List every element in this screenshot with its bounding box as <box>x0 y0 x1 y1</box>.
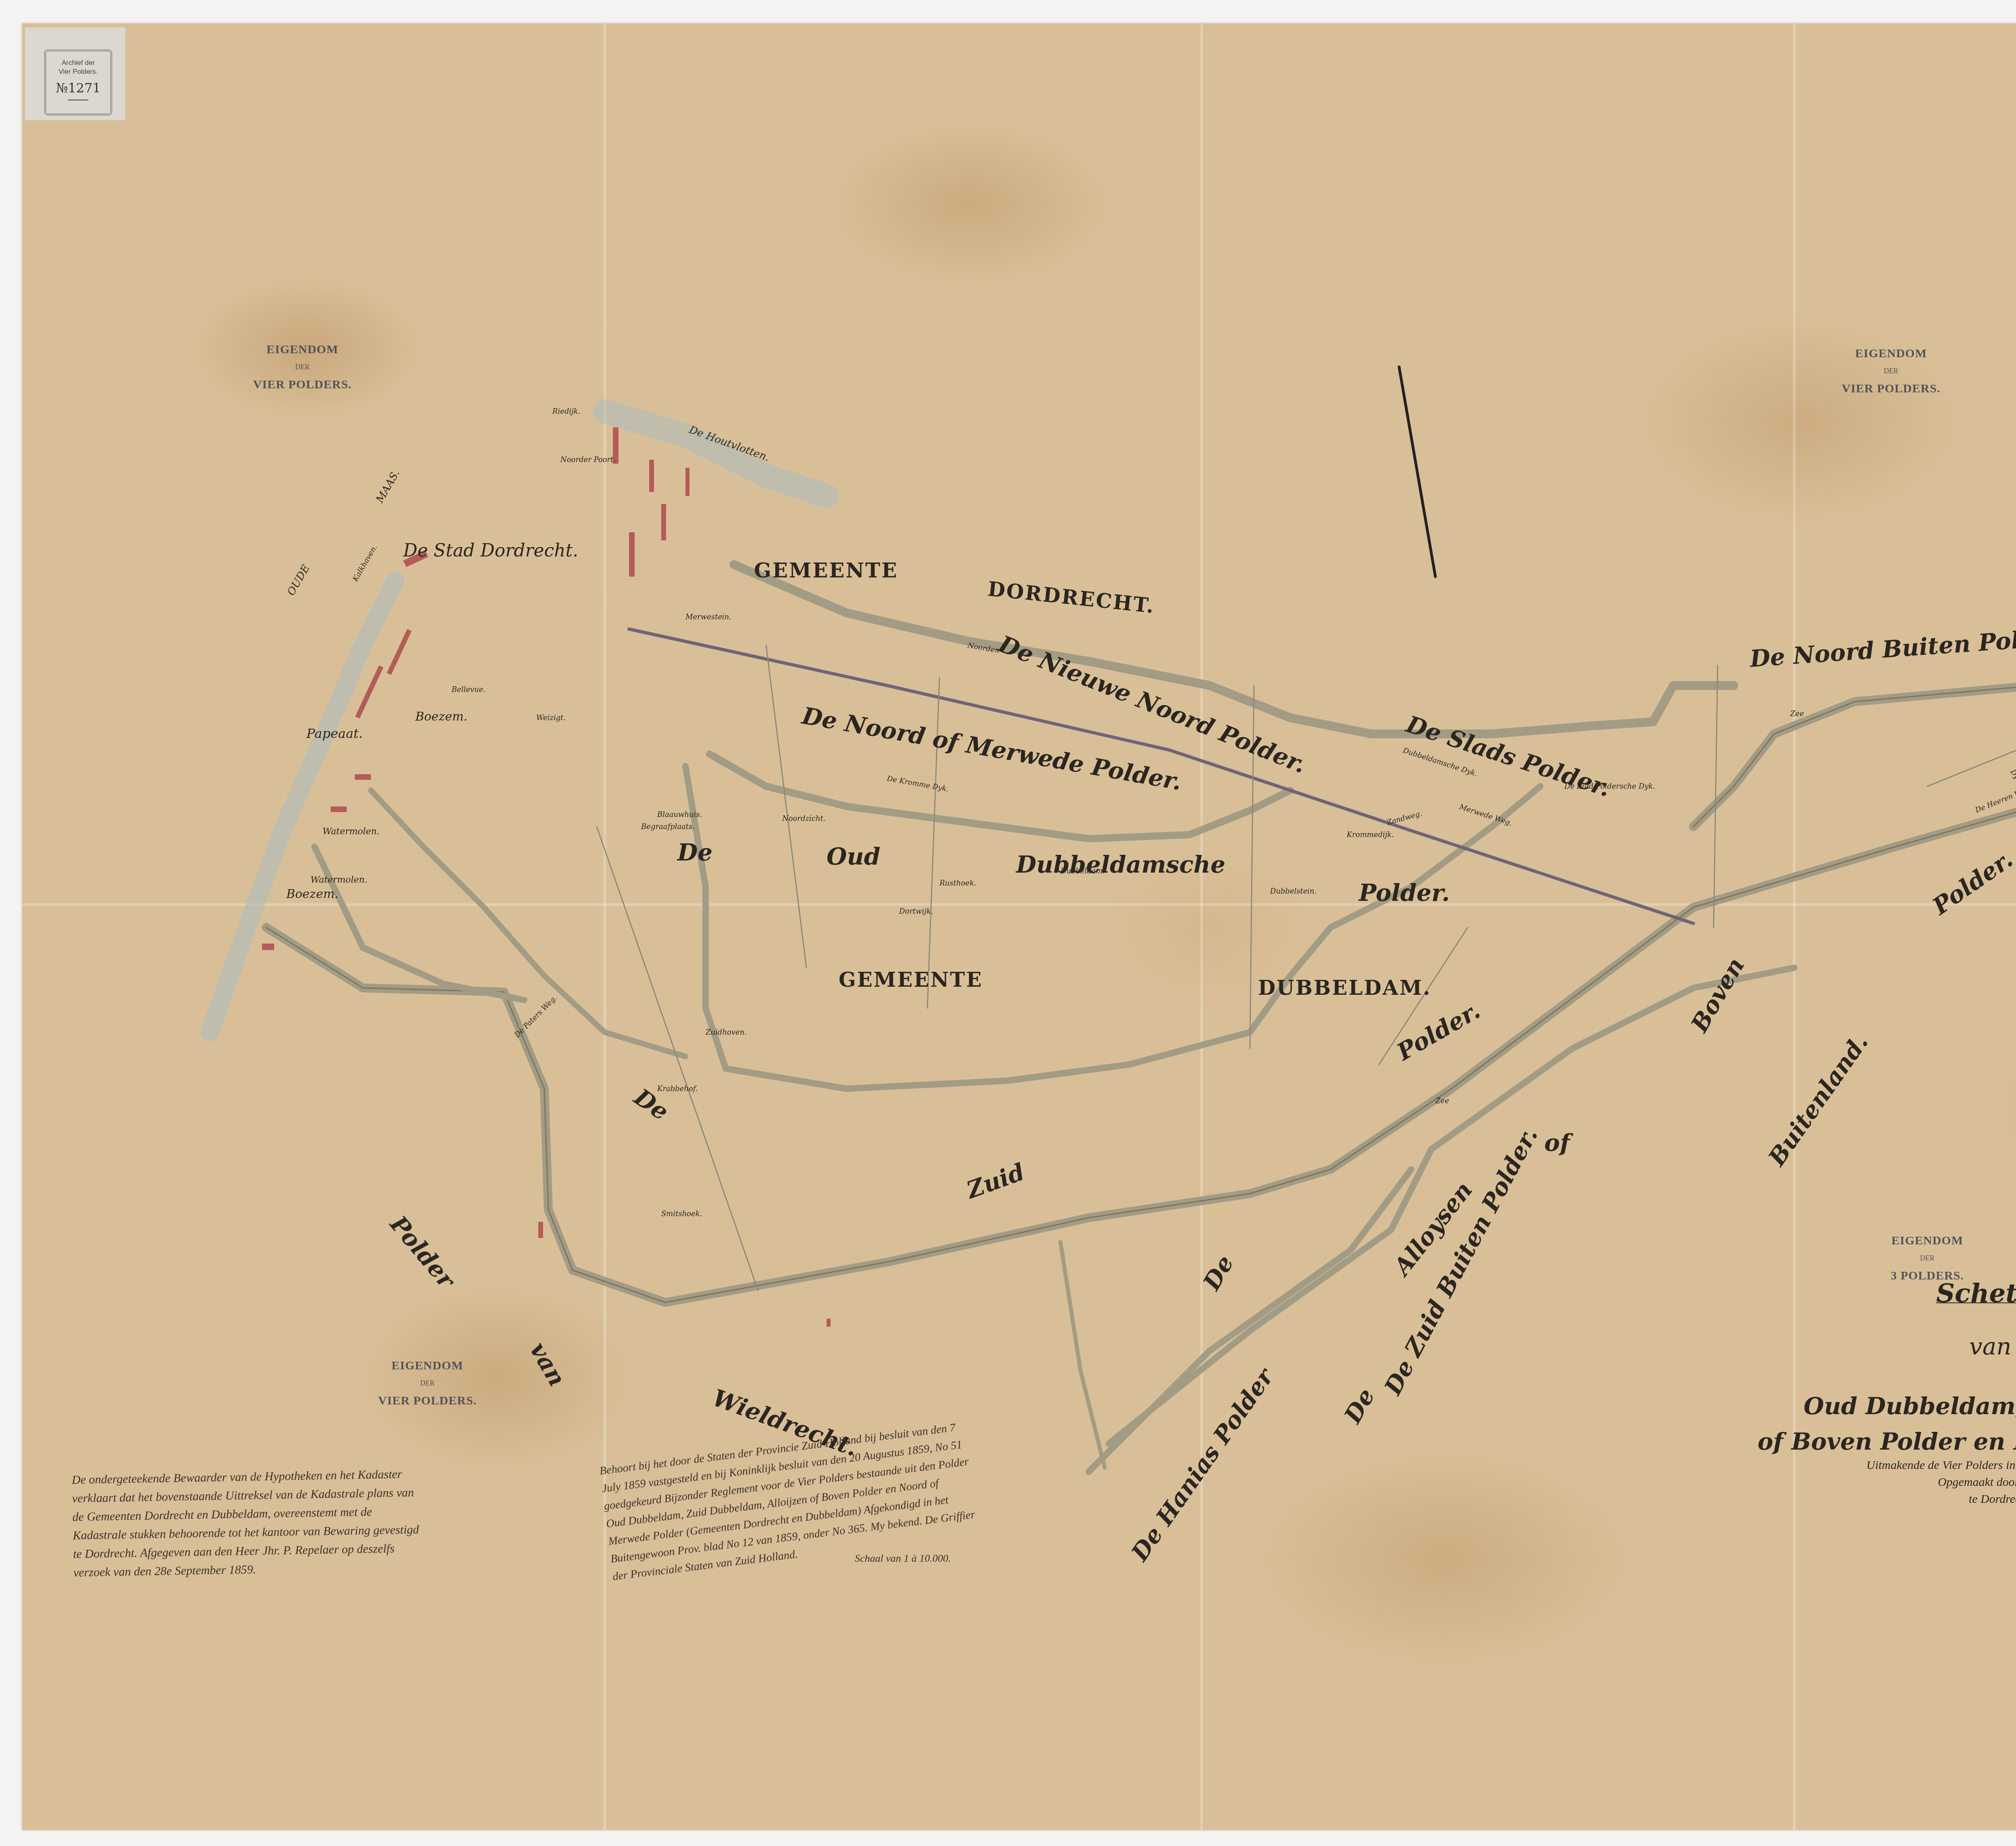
stamp-line1: EIGENDOM <box>1822 347 1960 360</box>
stamp-line1: EIGENDOM <box>359 1359 496 1373</box>
label-zee-dijk: Zee <box>1435 1097 1449 1105</box>
brouwers-dike <box>371 790 685 1056</box>
label-stad-dordrecht: De Stad Dordrecht. <box>403 540 578 561</box>
map-date: te Dordrecht den 10e October 1859. <box>1754 1492 2016 1506</box>
thin-roads <box>597 645 2016 1290</box>
label-merwestein: Merwestein. <box>685 613 731 621</box>
kromme-dike <box>710 754 1290 839</box>
label-noordzicht: Noordzicht. <box>782 815 825 823</box>
label-krommedijk: Krommedijk. <box>1347 831 1394 839</box>
label-gemeente: GEMEENTE <box>839 968 983 992</box>
map-polders-line1: Oud Dubbeldam, Zuid Polder, Alloysen <box>1754 1392 2016 1420</box>
stamp-line2: DER <box>359 1379 496 1388</box>
stamp-line3: VIER POLDERS. <box>226 378 379 392</box>
label-rusthoek: Rusthoek. <box>939 879 976 888</box>
label-smitshoek: Smitshoek. <box>661 1210 702 1218</box>
label-dubbeldam: DUBBELDAM. <box>1258 976 1431 1000</box>
map-polders-line2: of Boven Polder en Noord of Merwede Pold… <box>1754 1428 2016 1455</box>
label-krabbehof: Krabbehof. <box>657 1085 698 1093</box>
label-zuid-poldersche-dijk: De Zuid Poldersche Dyk. <box>1564 782 1655 791</box>
label-bellevue: Bellevue. <box>452 685 485 694</box>
north-arrow-needle <box>1399 367 1435 577</box>
label-zuidhoven: Zuidhoven. <box>706 1028 747 1037</box>
map-subtitle: van de Polders <box>1754 1333 2016 1360</box>
stamp-line3: VIER POLDERS. <box>359 1394 496 1408</box>
label-oud: Oud <box>827 843 880 870</box>
label-riedijk: Riedijk. <box>552 407 580 416</box>
stamp-line1: EIGENDOM <box>226 343 379 356</box>
map-author-note: Opgemaakt door my Landmeter van het kada… <box>1754 1475 2016 1489</box>
schenkel-dike <box>1060 1242 1105 1468</box>
river-merwede <box>605 411 827 496</box>
label-boezem: Boezem. <box>415 710 467 724</box>
ownership-stamp: EIGENDOM DER VIER POLDERS. <box>1822 347 1960 396</box>
ownership-stamp: EIGENDOM DER VIER POLDERS. <box>226 343 379 392</box>
label-watermolen: Watermolen. <box>310 875 368 885</box>
title-cartouche: Schetsteekening van de Polders Oud Dubbe… <box>1754 1278 2016 1529</box>
map-description: Uitmakende de Vier Polders in gemeene Dy… <box>1754 1458 2016 1472</box>
nieuwe-noord-dike <box>734 565 1734 734</box>
stamp-line2: DER <box>1822 367 1960 375</box>
label-of: of <box>1544 1129 1570 1156</box>
ownership-stamp: EIGENDOM DER VIER POLDERS. <box>359 1359 496 1408</box>
label-boezem: Boezem. <box>286 887 338 901</box>
map-title: Schetsteekening <box>1754 1278 2016 1308</box>
label-blaauwhuis: Blaauwhuis. <box>657 810 702 819</box>
stamp-line2: DER <box>1863 1254 1992 1263</box>
stamp-line3: VIER POLDERS. <box>1822 382 1960 396</box>
label-dubbelstein: Dubbelstein. <box>1270 887 1317 896</box>
label-polder: Polder. <box>1359 879 1450 906</box>
label-watermolen: Watermolen. <box>323 827 380 837</box>
label-dubbeldam-village: Dubbeldam. <box>1060 867 1105 875</box>
scale-note: Schaal van 1 à 10.000. <box>855 1552 951 1565</box>
label-zee-dijk: Zee <box>1790 710 1804 718</box>
label-noorder-poort: Noorder Poort. <box>560 456 616 464</box>
label-begraafplaats: Begraafplaats. <box>641 823 695 831</box>
label-papeaat: Papeaat. <box>306 726 363 741</box>
stamp-line1: EIGENDOM <box>1863 1234 1992 1248</box>
label-dortwijk: Dortwijk. <box>899 907 933 916</box>
label-weizigt: Weizigt. <box>536 714 566 722</box>
map-signature: J. W. Waardekooper. <box>1907 1513 2016 1529</box>
label-dubbeldamsche: Dubbeldamsche <box>1016 851 1225 878</box>
label-de: De <box>677 839 712 866</box>
label-gemeente: GEMEENTE <box>754 558 898 582</box>
stamp-line2: DER <box>226 363 379 371</box>
ownership-stamp: EIGENDOM DER 3 POLDERS. <box>1863 1234 1992 1283</box>
kadaster-certificate: De ondergeteekende Bewaarder van de Hypo… <box>72 1465 429 1582</box>
river-oude-maas <box>210 581 395 1032</box>
